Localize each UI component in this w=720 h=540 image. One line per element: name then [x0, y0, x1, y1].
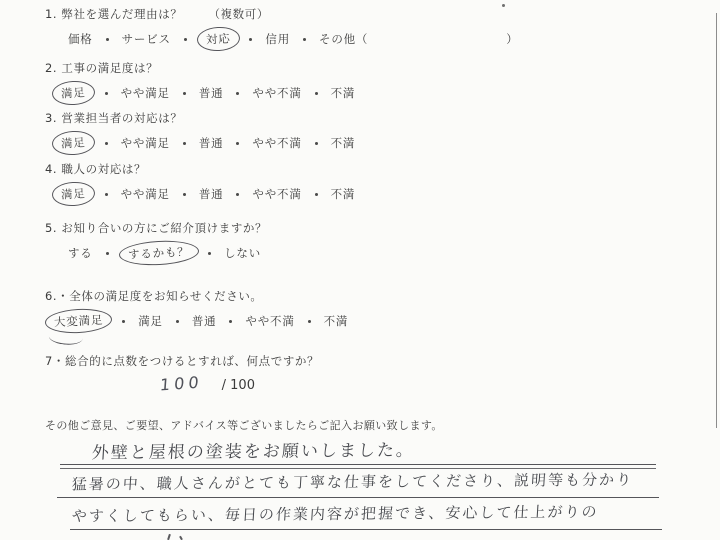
answer-circle: 満足: [51, 181, 95, 207]
question-label: 6.・全体の満足度をお知らせください。: [45, 288, 720, 304]
handwritten-line-2: 猛暑の中、職人さんがとても丁寧な仕事をしてくださり、説明等も分かり: [71, 469, 634, 495]
option-3: 対応: [200, 32, 237, 46]
handwritten-line-3: やすくしてもらい、毎日の作業内容が把握でき、安心して仕上がりの: [71, 501, 599, 527]
option-2: やや満足: [121, 85, 170, 101]
dot-separator: [183, 92, 186, 95]
question-note: （複数可）: [208, 7, 269, 21]
answer-circle: するかも？: [118, 239, 199, 267]
dot-separator: [229, 320, 232, 323]
question-1: 1. 弊社を選んだ理由は？（複数可）価格サービス対応信用その他（）: [0, 6, 720, 47]
option-1: 価格: [68, 31, 93, 47]
question-label: 7・総合的に点数をつけるとすれば、何点ですか？: [45, 353, 720, 369]
option-1: 満足: [55, 187, 92, 201]
option-1: 満足: [55, 86, 92, 100]
dot-separator: [176, 320, 179, 323]
option-5: 不満: [331, 135, 356, 151]
question-label: 3. 営業担当者の対応は？: [45, 110, 720, 126]
question-6: 6.・全体の満足度をお知らせください。大変満足満足普通やや不満不満: [0, 288, 720, 329]
question-2: 2. 工事の満足度は？満足やや満足普通やや不満不満: [0, 60, 720, 101]
question-5: 5. お知り合いの方にご紹介頂けますか？するするかも？しない: [0, 220, 720, 261]
question-7: 7・総合的に点数をつけるとすれば、何点ですか？: [0, 353, 720, 369]
scan-edge-line: [716, 13, 717, 428]
option-4: やや不満: [252, 135, 301, 151]
option-5: 不満: [331, 85, 356, 101]
dot-separator: [249, 38, 252, 41]
dot-separator: [183, 193, 186, 196]
dot-separator: [236, 193, 239, 196]
option-4: 信用: [265, 31, 290, 47]
printed-score-denominator: / 100: [222, 378, 255, 393]
dot-separator: [183, 142, 186, 145]
dot-separator: [208, 252, 211, 255]
question-3: 3. 営業担当者の対応は？満足やや満足普通やや不満不満: [0, 110, 720, 151]
cutoff-handwriting-stroke: [167, 534, 171, 540]
option-1: 満足: [55, 136, 92, 150]
scan-speck: [502, 4, 505, 7]
option-2: 満足: [138, 313, 163, 329]
option-2: やや満足: [121, 135, 170, 151]
dot-separator: [303, 38, 306, 41]
ruled-line-1: [60, 464, 656, 469]
option-2: するかも？: [122, 246, 196, 260]
dot-separator: [105, 92, 108, 95]
question-label: 2. 工事の満足度は？: [45, 60, 720, 76]
other-close-paren: ）: [506, 31, 518, 47]
dot-separator: [315, 193, 318, 196]
dot-separator: [106, 252, 109, 255]
options-row: 満足やや満足普通やや不満不満: [55, 85, 720, 101]
options-row: 満足やや満足普通やや不満不満: [55, 135, 720, 151]
handwritten-line-1: 外壁と屋根の塗装をお願いしました。: [91, 436, 416, 464]
options-row: 満足やや満足普通やや不満不満: [55, 186, 720, 202]
option-3: 普通: [199, 135, 224, 151]
question-label: 1. 弊社を選んだ理由は？（複数可）: [45, 6, 720, 22]
option-3: 普通: [192, 313, 217, 329]
option-3: 普通: [199, 85, 224, 101]
option-1: 大変満足: [48, 314, 109, 328]
question-4: 4. 職人の対応は？満足やや満足普通やや不満不満: [0, 161, 720, 202]
option-4: やや不満: [252, 85, 301, 101]
dot-separator: [106, 38, 109, 41]
ruled-line-2: [57, 497, 659, 498]
option-3: しない: [224, 245, 261, 261]
dot-separator: [308, 320, 311, 323]
scanned-survey-page: 1. 弊社を選んだ理由は？（複数可）価格サービス対応信用その他（）2. 工事の満…: [0, 0, 720, 540]
answer-circle: 対応: [196, 26, 240, 52]
option-5: 不満: [324, 313, 349, 329]
dot-separator: [184, 38, 187, 41]
options-row: 価格サービス対応信用その他（）: [68, 31, 720, 47]
question-label: 5. お知り合いの方にご紹介頂けますか？: [45, 220, 720, 236]
dot-separator: [315, 92, 318, 95]
comment-prompt: その他ご意見、ご要望、アドバイス等ございましたらご記入お願い致します。: [45, 417, 443, 433]
dot-separator: [315, 142, 318, 145]
option-4: やや不満: [245, 313, 294, 329]
option-5: 不満: [331, 186, 356, 202]
dot-separator: [122, 320, 125, 323]
ruled-line-3: [70, 529, 662, 530]
score-row: 100 / 100: [160, 374, 255, 393]
answer-circle: 満足: [51, 130, 95, 156]
cutoff-handwriting-stroke: [179, 536, 183, 540]
option-5: その他（: [319, 31, 368, 47]
options-row: 大変満足満足普通やや不満不満: [48, 313, 720, 329]
option-2: サービス: [122, 31, 171, 47]
dot-separator: [105, 193, 108, 196]
dot-separator: [236, 92, 239, 95]
option-3: 普通: [199, 186, 224, 202]
options-row: するするかも？しない: [68, 245, 720, 261]
dot-separator: [105, 142, 108, 145]
answer-circle: 満足: [51, 80, 95, 106]
dot-separator: [236, 142, 239, 145]
answer-circle: 大変満足: [44, 307, 112, 334]
handwritten-score: 100: [159, 373, 203, 395]
option-2: やや満足: [121, 186, 170, 202]
option-1: する: [68, 245, 93, 261]
option-4: やや不満: [252, 186, 301, 202]
question-label: 4. 職人の対応は？: [45, 161, 720, 177]
